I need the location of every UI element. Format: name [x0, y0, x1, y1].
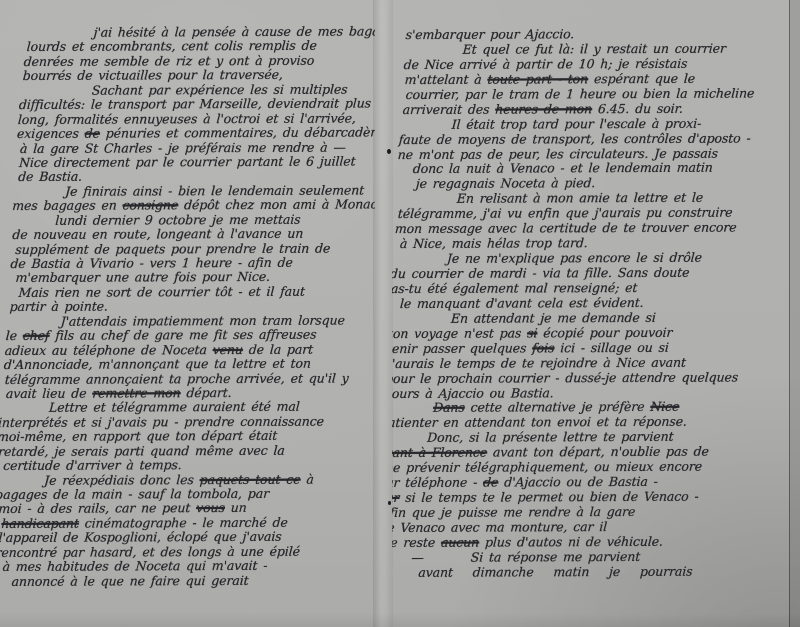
handwritten-text: jours à Ajaccio ou Bastia.	[392, 385, 554, 401]
handwritten-text: donc la nuit à Venaco - et le lendemain …	[412, 160, 713, 176]
handwritten-text: m'attelant à	[404, 71, 488, 86]
handwritten-text: En attendant je me demande si	[450, 310, 656, 326]
handwritten-text: patienter en attendant ton envoi et ta r…	[392, 414, 687, 430]
handwritten-text: Je ne m'explique pas encore le si drôle	[446, 250, 702, 266]
handwritten-text: Et quel ce fut là: il y restait un courr…	[462, 40, 726, 56]
handwriting-line: pour le prochain courrier - dussé-je att…	[392, 370, 762, 387]
handwritten-text: Je réexpédiais donc les	[44, 472, 200, 488]
handwritten-text: télégramme, j'ai vu enfin que j'aurais p…	[397, 205, 733, 221]
struck-text: toute part - ton	[487, 71, 589, 86]
handwritten-text: plus d'autos ni de véhicule.	[479, 534, 664, 550]
struck-text: venu	[212, 341, 243, 356]
handwritten-text: moi - à des rails, car ne peut	[0, 500, 197, 516]
handwritten-text: de la part	[242, 341, 313, 356]
handwriting-line: Nice directement par le courrier partant…	[15, 154, 367, 170]
page-gutter	[373, 0, 393, 627]
handwritten-text: départ.	[180, 385, 232, 400]
handwritten-text: venir passer quelques	[392, 340, 533, 356]
handwritten-text: avait lieu de	[5, 385, 92, 400]
handwritten-text: partir à pointe.	[9, 299, 108, 314]
struck-text: consigne	[122, 197, 179, 212]
ink-speck	[387, 149, 391, 154]
struck-text: vous	[196, 500, 226, 515]
handwritten-text: un	[224, 500, 247, 515]
struck-text: handicapant	[1, 515, 79, 530]
handwritten-text: faute de moyens de transport, les contrô…	[398, 130, 751, 147]
handwritten-text: En relisant à mon amie ta lettre et le	[456, 190, 703, 206]
right-page: s'embarquer pour Ajaccio.Et quel ce fut …	[392, 0, 784, 627]
handwritten-text: cinématographe - le marché de	[78, 514, 288, 530]
handwritten-text: afin que je puisse me rendre à la gare	[392, 504, 636, 520]
struck-text: heures de mon	[495, 101, 593, 116]
struck-text: fois	[532, 340, 555, 355]
handwritten-text: ne m'ont pas de peur, les circulateurs. …	[397, 145, 718, 161]
handwritten-text: mes bagages en	[12, 198, 123, 213]
handwritten-text: annoncé à le que ne faire qui gerait	[11, 572, 249, 588]
ink-speck	[388, 501, 391, 505]
handwritten-text: Nice directement par le courrier partant…	[19, 153, 356, 169]
struck-text: de	[84, 126, 100, 141]
handwritten-text: à	[300, 471, 314, 486]
handwritten-text: retardé, je serais parti quand même avec…	[0, 442, 285, 458]
handwritten-text: mon message avec la certitude de te trou…	[394, 220, 737, 236]
handwritten-text: j'aurais le temps de te rejoindre à Nice…	[392, 354, 686, 370]
handwritten-text: arriverait des	[402, 101, 496, 116]
handwritten-text: espérant que le	[588, 70, 696, 85]
handwritten-text: ici - sillage ou si	[554, 339, 669, 354]
handwritten-text: avant dimanche matin je pourrais	[418, 563, 693, 579]
right-page-handwriting: s'embarquer pour Ajaccio.Et quel ce fut …	[392, 26, 784, 580]
struck-text: Nice	[650, 399, 680, 414]
handwritten-text: le	[5, 328, 23, 343]
scanned-letter: j'ai hésité à la pensée à cause de mes b…	[0, 0, 800, 627]
handwritten-text: de Nice arrivé à partir de 10 h; je rési…	[403, 56, 688, 72]
handwritten-text: si le temps te le permet ou bien de Vena…	[399, 489, 699, 505]
handwritten-text: Il était trop tard pour l'escale à proxi…	[451, 115, 701, 131]
handwritten-text: dépôt chez mon ami à Monaco.	[178, 197, 375, 213]
handwritten-text: courrier, par le tram de 1 heure ou bien…	[405, 85, 755, 102]
handwritten-text: ton voyage n'est pas	[392, 325, 528, 341]
page-edge-line	[789, 0, 800, 627]
handwritten-text: 6.45. du soir.	[592, 100, 684, 115]
handwritten-text: je regagnais Noceta à pied.	[415, 175, 595, 191]
struck-text: chef	[22, 328, 50, 343]
handwriting-line: Mais rien ne sort de courrier tôt - et i…	[6, 284, 358, 300]
struck-text: avant à Florence	[392, 445, 488, 460]
handwritten-text: j'ai hésité à la pensée à cause de mes b…	[93, 23, 375, 39]
handwritten-text: s'embarquer pour Ajaccio.	[405, 26, 575, 42]
handwritten-text: écopié pour pouvoir	[537, 324, 673, 340]
handwritten-text: Donc, si la présente lettre te parvient	[427, 429, 674, 445]
handwritten-text: de Venaco avec ma monture, car il	[392, 519, 608, 535]
handwritten-text: me prévenir télégraphiquement, ou mieux …	[392, 459, 702, 475]
handwritten-text: le manquant d'avant cela est évident.	[399, 295, 644, 311]
handwritten-text: cette alternative je préfère	[464, 399, 651, 415]
handwritten-text: à Nice, mais hélas trop tard.	[399, 235, 588, 251]
handwritten-text: télégramme annonçaient ta proche arrivée…	[4, 370, 349, 386]
left-page-handwriting: j'ai hésité à la pensée à cause de mes b…	[0, 24, 375, 589]
handwritten-text: d'Ajaccio ou de Bastia -	[498, 474, 658, 490]
handwritten-text: avant ton départ, n'oublie pas de	[487, 444, 710, 460]
handwritten-text: de Bastia.	[18, 169, 83, 184]
handwritten-text: Mais rien ne sort de courrier tôt - et i…	[18, 283, 305, 299]
struck-text: Dans	[433, 400, 466, 415]
handwritten-text: certitude d'arriver à temps.	[3, 457, 182, 473]
struck-text: de	[483, 475, 499, 490]
handwriting-line: avant dimanche matin je pourrais	[392, 564, 749, 581]
handwriting-line: annoncé à le que ne faire qui gerait	[0, 573, 339, 589]
handwritten-text: — Si ta réponse me parvient	[411, 549, 641, 565]
handwritten-text: par téléphone -	[392, 475, 484, 490]
left-page: j'ai hésité à la pensée à cause de mes b…	[0, 0, 375, 627]
struck-text: aucun	[441, 534, 480, 549]
handwritten-text: pour le prochain courrier - dussé-je att…	[392, 369, 739, 386]
handwritten-text: du courrier de mardi - via ta fille. San…	[392, 265, 690, 281]
handwritten-text: adieux au téléphone de Noceta	[4, 342, 213, 358]
handwritten-text: ne reste	[392, 535, 441, 550]
handwritten-text: exigences	[16, 126, 85, 141]
scan-bottom-shadow	[0, 613, 800, 627]
struck-text: paquets tout ce	[199, 471, 301, 486]
handwritten-text: as-tu été également mal renseigné; et	[392, 280, 638, 296]
struck-text: remettre mon	[92, 385, 181, 400]
